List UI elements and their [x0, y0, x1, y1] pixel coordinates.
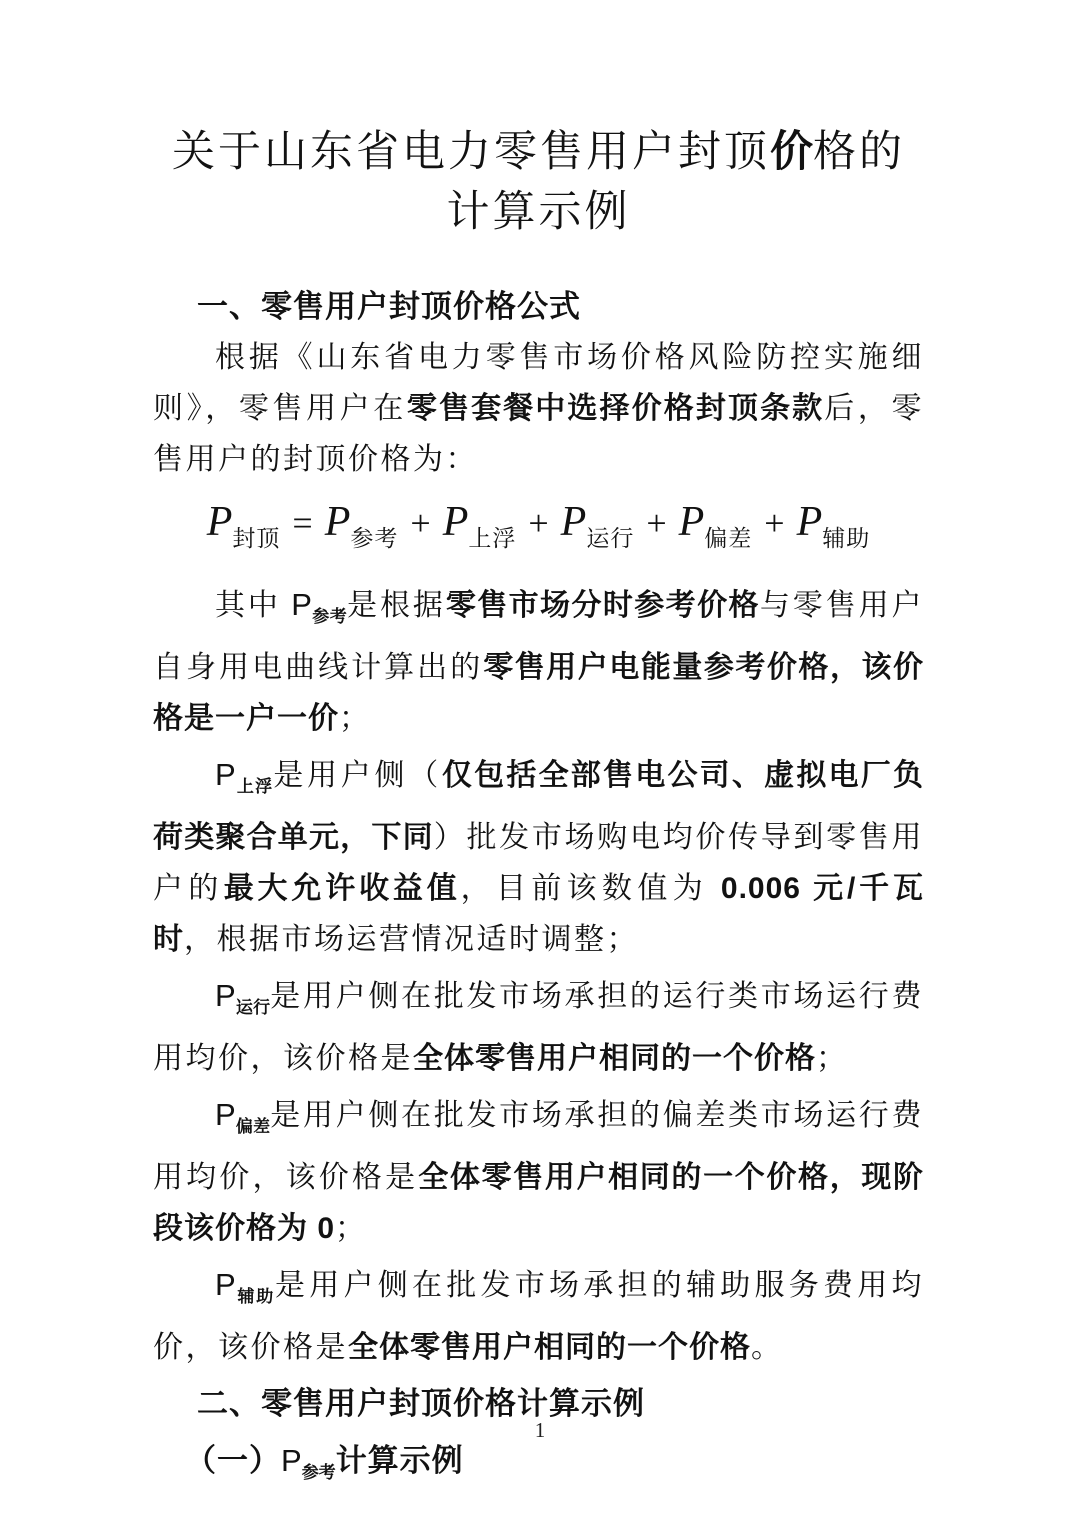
text-run: ，根据市场运营情况适时调整； [184, 923, 639, 956]
text-run: P [207, 499, 233, 545]
paragraph-p-ancillary: P辅助是用户侧在批发市场承担的辅助服务费用均价，该价格是全体零售用户相同的一个价… [153, 1259, 924, 1373]
text-run: 偏差 [704, 526, 752, 551]
text-run: 其中 [215, 589, 291, 622]
text-run: 参考 [302, 1463, 336, 1482]
section-heading-1: 一、零售用户封顶价格公式 [153, 281, 924, 332]
paragraph-p-operation: P运行是用户侧在批发市场承担的运行类市场运行费用均价，该价格是全体零售用户相同的… [153, 970, 924, 1084]
text-run: ； [335, 1212, 368, 1245]
text-run: 零售市场分时参考价格 [446, 589, 760, 622]
text-run: ； [339, 702, 372, 735]
text-run: 封顶 [232, 526, 280, 551]
text-run: （一） [185, 1443, 281, 1478]
text-run: 运行 [586, 526, 634, 551]
paragraph-p-upfloat: P上浮是用户侧（仅包括全部售电公司、虚拟电厂负荷类聚合单元，下同）批发市场购电均… [153, 749, 924, 965]
text-run: + [764, 503, 784, 543]
text-run: 上浮 [236, 777, 274, 796]
paragraph-intro: 根据《山东省电力零售市场价格风险防控实施细则》，零售用户在零售套餐中选择价格封顶… [153, 332, 924, 485]
text-run: P [679, 499, 705, 545]
text-run: 关于山东省电力零售用户封顶 [172, 129, 770, 176]
text-run: 最大允许收益值 [224, 872, 461, 905]
text-run: 辅助 [822, 526, 870, 551]
text-run: 偏差 [236, 1117, 271, 1136]
text-run: P [443, 499, 469, 545]
text-run: 辅助 [236, 1287, 275, 1306]
text-run: + [410, 503, 430, 543]
text-run: 全体零售用户相同的一个价格 [348, 1331, 751, 1364]
text-run: 全体零售用户相同的一个价格 [413, 1042, 816, 1075]
text-run: ，目前该数值为 [461, 872, 721, 905]
section-heading-3: （一）P参考计算示例 [153, 1435, 924, 1498]
text-run: P [325, 499, 351, 545]
document-title-line1: 关于山东省电力零售用户封顶价格的 [153, 122, 924, 183]
document-page: 关于山东省电力零售用户封顶价格的 计算示例 一、零售用户封顶价格公式 根据《山东… [0, 0, 1080, 1527]
text-run: 计算示例 [336, 1443, 464, 1478]
text-run: 价 [770, 128, 813, 176]
text-run: 零售套餐中选择价格封顶条款 [407, 392, 824, 425]
page-number: 1 [0, 1418, 1080, 1443]
text-run: 格的 [813, 129, 905, 176]
text-run: = [292, 503, 312, 543]
document-title: 关于山东省电力零售用户封顶价格的 计算示例 [153, 0, 924, 243]
text-run: 运行 [236, 998, 271, 1017]
text-run: 上浮 [468, 526, 516, 551]
document-content: 关于山东省电力零售用户封顶价格的 计算示例 一、零售用户封顶价格公式 根据《山东… [153, 0, 924, 1498]
text-run: P [215, 757, 236, 792]
text-run: P [215, 1097, 236, 1132]
document-title-line2: 计算示例 [153, 183, 924, 243]
text-run: P [561, 499, 587, 545]
text-run: P [797, 499, 823, 545]
text-run: P [215, 978, 236, 1013]
text-run: 。 [751, 1331, 784, 1364]
text-run: 参考 [312, 607, 347, 626]
text-run: P [215, 1267, 236, 1302]
text-run: P [291, 587, 312, 622]
text-run: 是用户侧（ [273, 759, 442, 792]
paragraph-p-reference: 其中 P参考是根据零售市场分时参考价格与零售用户自身用电曲线计算出的零售用户电能… [153, 579, 924, 744]
price-cap-formula: P封顶=P参考+P上浮+P运行+P偏差+P辅助 [153, 494, 924, 567]
text-run: P [281, 1443, 302, 1478]
text-run: ； [816, 1042, 849, 1075]
paragraph-p-deviation: P偏差是用户侧在批发市场承担的偏差类市场运行费用均价，该价格是全体零售用户相同的… [153, 1089, 924, 1254]
text-run: 参考 [350, 526, 398, 551]
text-run: + [528, 503, 548, 543]
text-run: 是根据 [347, 589, 446, 622]
text-run: + [646, 503, 666, 543]
